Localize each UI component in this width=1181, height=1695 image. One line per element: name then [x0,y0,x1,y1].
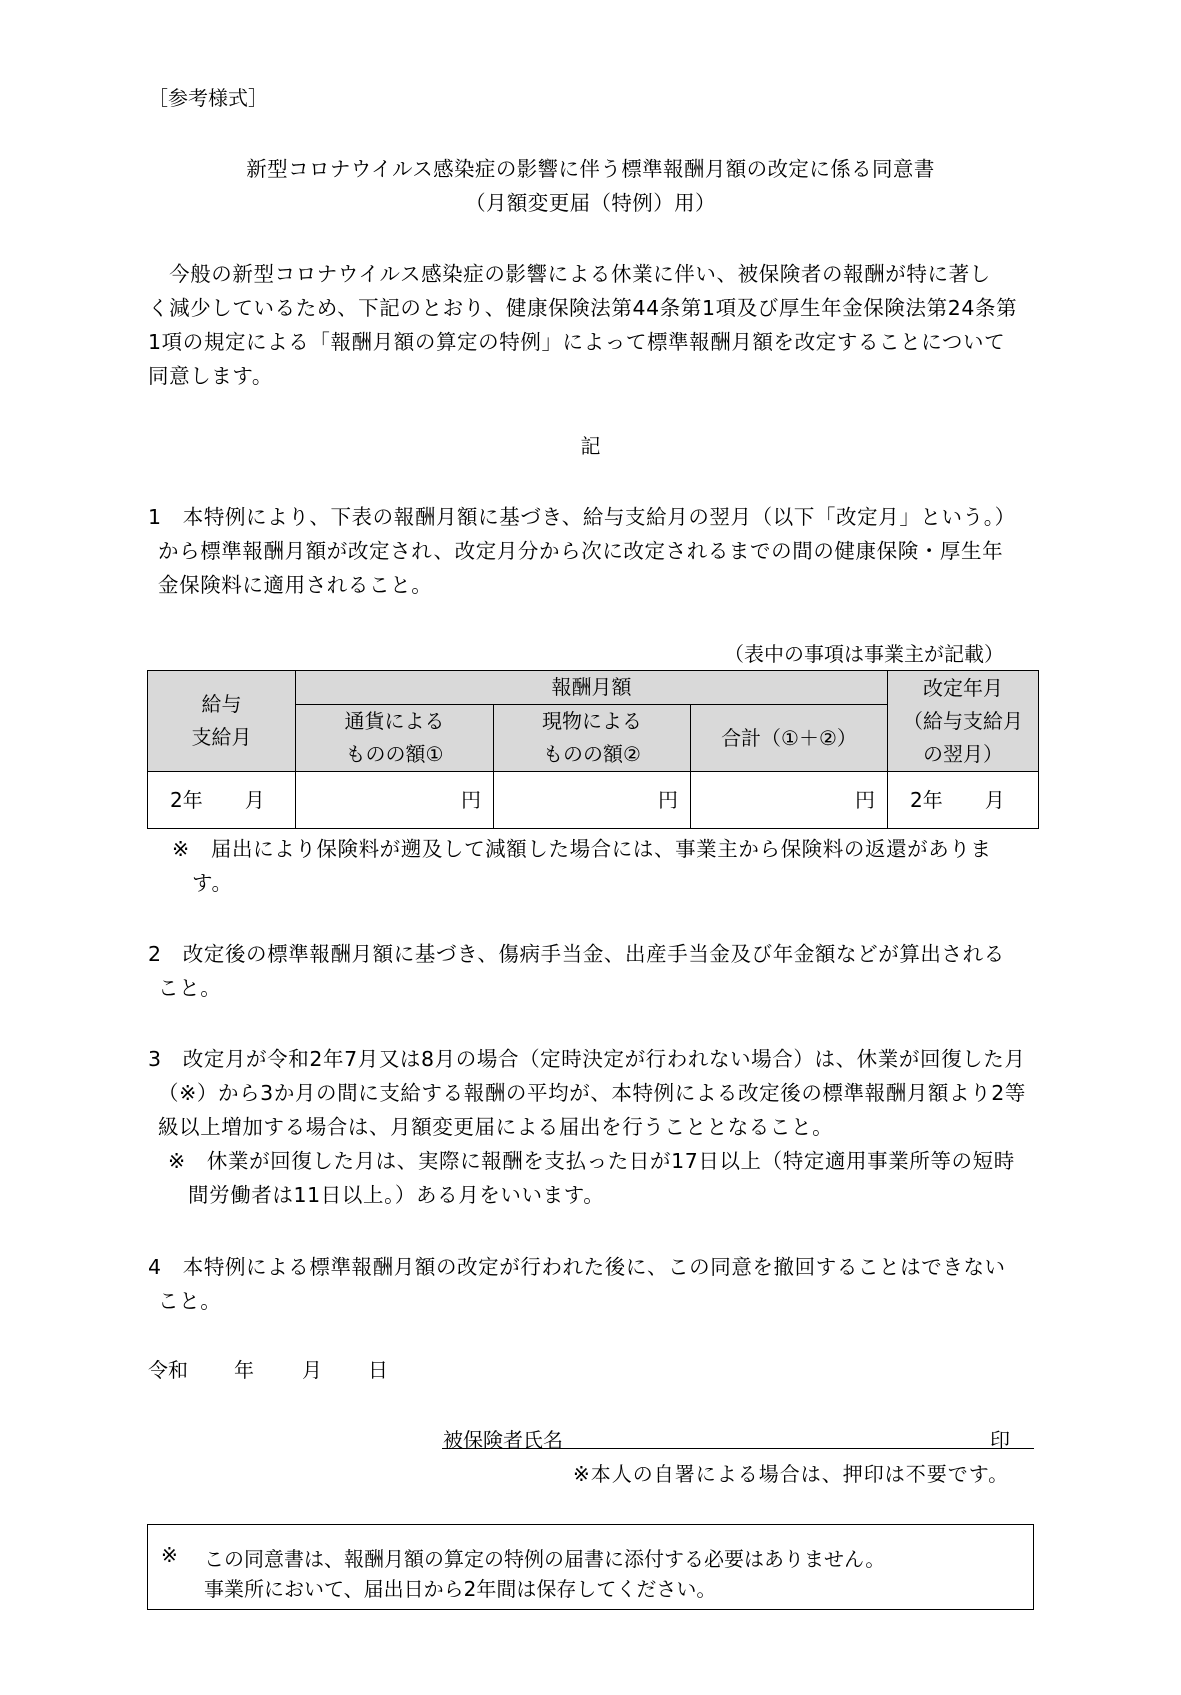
table-row: 2年月 円 円 円 2年月 [148,772,1039,829]
item-2-line: こと。 [158,971,221,1001]
pay-month-month: 月 [245,788,265,812]
item-4-line: 4 本特例による標準報酬月額の改定が行われた後に、この同意を撤回することはできな… [148,1250,1006,1280]
item-3-line: （※）から3か月の間に支給する報酬の平均が、本特例による改定後の標準報酬月額より… [158,1076,1026,1106]
header-currency-line: ものの額① [296,738,493,771]
item-3-line: 3 改定月が令和2年7月又は8月の場合（定時決定が行われない場合）は、休業が回復… [148,1042,1025,1072]
header-revision-line: （給与支給月 [888,705,1038,738]
document-title: 新型コロナウイルス感染症の影響に伴う標準報酬月額の改定に係る同意書 [0,152,1181,182]
item-3-note-line: 間労働者は11日以上。）ある月をいいます。 [188,1178,604,1208]
date-day: 日 [368,1354,388,1383]
header-revision-month: 改定年月 （給与支給月 の翌月） [888,671,1039,772]
revision-year: 2年 [910,788,943,812]
header-pay-month-line: 支給月 [148,721,295,754]
note-mark: ※ [161,1543,178,1567]
header-in-kind-line: 現物による [494,705,690,738]
total-amount-cell[interactable]: 円 [691,772,888,829]
item-3-line: 級以上増加する場合は、月額変更届による届出を行うこととなること。 [158,1110,833,1140]
ki-heading: 記 [0,430,1181,459]
reference-label: ［参考様式］ [148,82,268,111]
intro-line: 今般の新型コロナウイルス感染症の影響による休業に伴い、被保険者の報酬が特に著し [148,257,991,287]
header-currency: 通貨による ものの額① [296,705,494,772]
revision-month-cell[interactable]: 2年月 [888,772,1039,829]
intro-line: く減少しているため、下記のとおり、健康保険法第44条第1項及び厚生年金保険法第2… [148,291,1017,321]
header-total: 合計（①＋②） [691,705,888,772]
header-revision-line: 改定年月 [888,672,1038,705]
date-era: 令和 [148,1354,188,1383]
signature-underline [442,1448,1034,1449]
document-subtitle: （月額変更届（特例）用） [0,186,1181,216]
header-remuneration: 報酬月額 [296,671,888,705]
in-kind-amount-cell[interactable]: 円 [494,772,691,829]
table-note-line: ※ 届出により保険料が遡及して減額した場合には、事業主から保険料の返還がありま [172,832,992,862]
item-1-line: 1 本特例により、下表の報酬月額に基づき、給与支給月の翌月（以下「改定月」という… [148,500,1016,530]
retention-note-box: ※ この同意書は、報酬月額の算定の特例の届書に添付する必要はありません。 事業所… [147,1524,1034,1610]
intro-line: 同意します。 [148,359,273,389]
remuneration-table: 給与 支給月 報酬月額 改定年月 （給与支給月 の翌月） 通貨による ものの額①… [147,670,1039,829]
header-revision-line: の翌月） [888,738,1038,771]
header-pay-month-line: 給与 [148,688,295,721]
signature-note: ※本人の自署による場合は、押印は不要です。 [573,1458,1009,1487]
item-1-line: から標準報酬月額が改定され、改定月分から次に改定されるまでの間の健康保険・厚生年 [158,534,1003,564]
item-2-line: 2 改定後の標準報酬月額に基づき、傷病手当金、出産手当金及び年金額などが算出され… [148,937,1005,967]
header-currency-line: 通貨による [296,705,493,738]
currency-amount-cell[interactable]: 円 [296,772,494,829]
table-note-line: す。 [192,866,233,896]
table-caption: （表中の事項は事業主が記載） [724,638,1004,667]
header-in-kind-line: ものの額② [494,738,690,771]
date-year: 年 [234,1354,254,1383]
item-1-line: 金保険料に適用されること。 [158,568,432,598]
pay-month-cell[interactable]: 2年月 [148,772,296,829]
item-3-note-line: ※ 休業が回復した月は、実際に報酬を支払った日が17日以上（特定適用事業所等の短… [168,1144,1015,1174]
note-line-1: この同意書は、報酬月額の算定の特例の届書に添付する必要はありません。 [204,1543,885,1572]
date-month: 月 [302,1354,322,1383]
intro-line: 1項の規定による「報酬月額の算定の特例」によって標準報酬月額を改定することについ… [148,325,1005,355]
note-line-2: 事業所において、届出日から2年間は保存してください。 [204,1573,716,1602]
item-4-line: こと。 [158,1284,221,1314]
revision-month: 月 [985,788,1005,812]
header-in-kind: 現物による ものの額② [494,705,691,772]
pay-month-year: 2年 [170,788,203,812]
header-pay-month: 給与 支給月 [148,671,296,772]
